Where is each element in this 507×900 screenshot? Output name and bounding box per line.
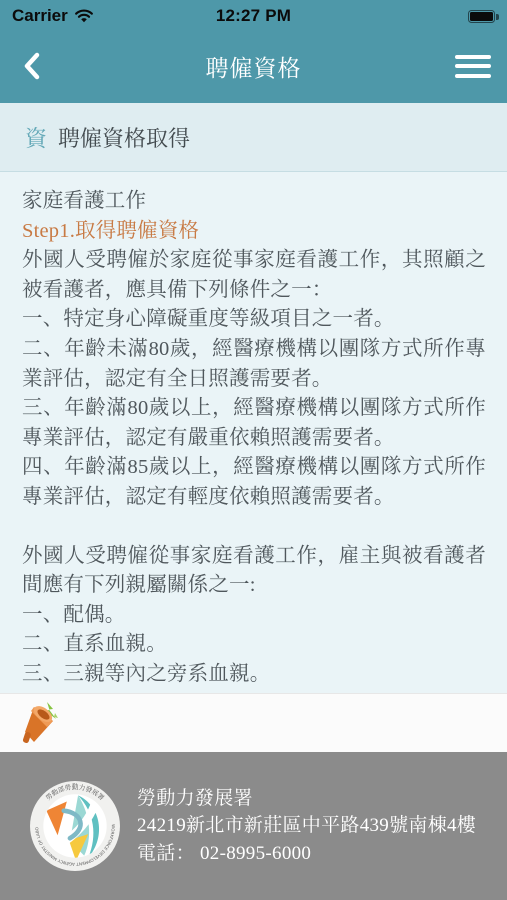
article-line: 三、三親等內之旁系血親。 bbox=[22, 660, 486, 690]
article-line: 四、年齡滿85歲以上，經醫療機構以團隊方式所作專業評估，認定有輕度依賴照護需要者… bbox=[22, 453, 486, 512]
section-title: 聘僱資格取得 bbox=[58, 122, 190, 153]
footer-phone: 電話： 02-8995-6000 bbox=[137, 840, 476, 868]
footer: 勞動部勞動力發展署 WORKFORCE DEVELOPMENT AGENCY M… bbox=[0, 752, 507, 900]
carrier-label: Carrier bbox=[12, 6, 68, 26]
article-scroll-area[interactable]: 家庭看護工作 Step1.取得聘僱資格 外國人受聘僱於家庭從事家庭看護工作，其照… bbox=[0, 172, 507, 693]
hamburger-menu-button[interactable] bbox=[455, 48, 493, 84]
back-button[interactable] bbox=[14, 48, 50, 84]
agency-logo: 勞動部勞動力發展署 WORKFORCE DEVELOPMENT AGENCY M… bbox=[29, 780, 121, 872]
article-line: 家庭看護工作 bbox=[22, 187, 486, 217]
app-bar: Carrier 12:27 PM 聘僱資格 bbox=[0, 0, 507, 103]
nav-bar: 聘僱資格 bbox=[0, 30, 507, 103]
status-time: 12:27 PM bbox=[162, 6, 345, 26]
article-line: 外國人受聘僱從事家庭看護工作，雇主與被看護者間應有下列親屬關係之一: bbox=[22, 542, 486, 601]
footer-phone-number: 02-8995-6000 bbox=[200, 843, 311, 864]
wifi-icon bbox=[74, 9, 94, 24]
section-badge: 資 bbox=[25, 122, 47, 153]
battery-icon bbox=[468, 10, 495, 23]
section-header: 資 聘僱資格取得 bbox=[0, 103, 507, 172]
status-bar: Carrier 12:27 PM bbox=[0, 0, 507, 30]
article-line: 二、年齡未滿80歲，經醫療機構以團隊方式所作專業評估，認定有全日照護需要者。 bbox=[22, 335, 486, 394]
page-title: 聘僱資格 bbox=[206, 50, 302, 83]
chevron-left-icon bbox=[23, 52, 41, 80]
article-line: 一、配偶。 bbox=[22, 601, 486, 631]
footer-phone-label: 電話： bbox=[137, 843, 195, 864]
article-line: 三、年齡滿80歲以上，經醫療機構以團隊方式所作專業評估，認定有嚴重依賴照護需要者… bbox=[22, 394, 486, 453]
app-screen: Carrier 12:27 PM 聘僱資格 bbox=[0, 0, 507, 900]
footer-address: 24219新北市新莊區中平路439號南棟4樓 bbox=[137, 812, 476, 840]
footer-agency-name: 勞動力發展署 bbox=[137, 785, 476, 813]
megaphone-icon[interactable] bbox=[19, 701, 59, 745]
article-line: 外國人受聘僱於家庭從事家庭看護工作，其照顧之被看護者，應具備下列條件之一： bbox=[22, 246, 486, 305]
article-step-heading: Step1.取得聘僱資格 bbox=[22, 217, 486, 247]
notice-bar bbox=[0, 693, 507, 752]
article-line: 一、特定身心障礙重度等級項目之一者。 bbox=[22, 305, 486, 335]
article-line: 二、直系血親。 bbox=[22, 630, 486, 660]
